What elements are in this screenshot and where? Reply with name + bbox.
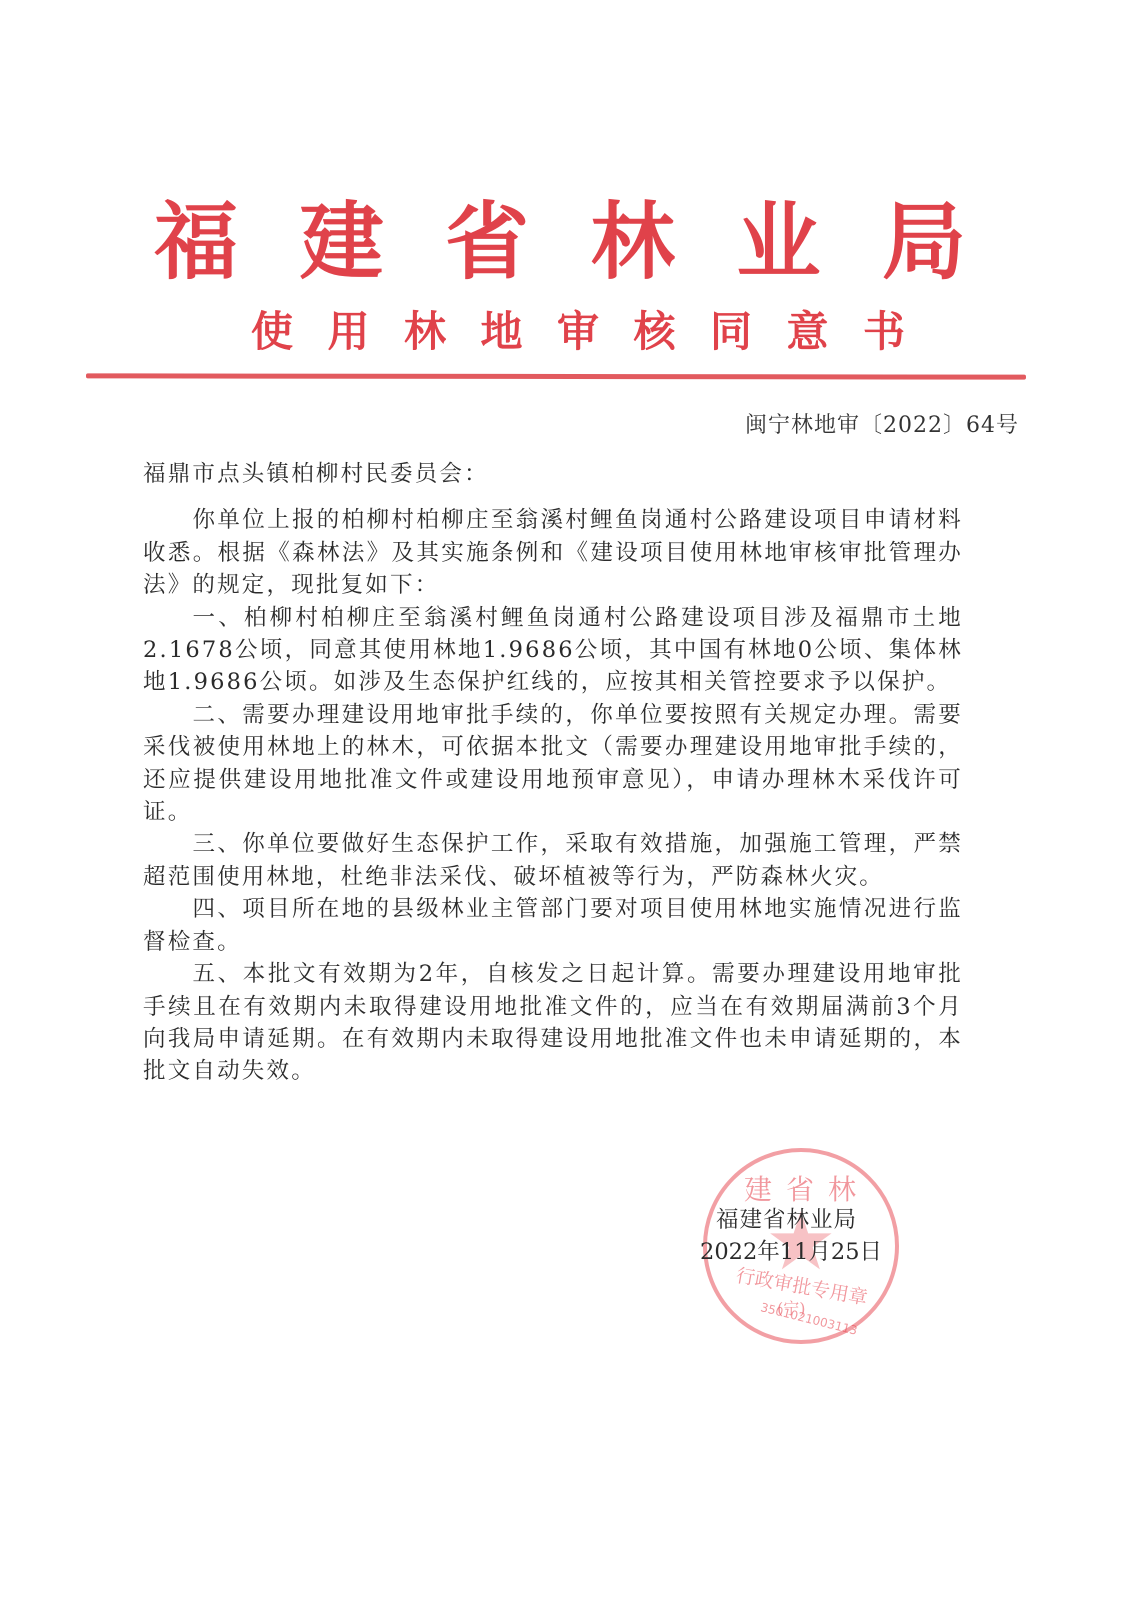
body-paragraph-3: 三、你单位要做好生态保护工作，采取有效措施，加强施工管理，严禁超范围使用林地，杜… bbox=[143, 828, 963, 893]
org-title-char: 业 bbox=[732, 192, 824, 292]
body-paragraph-intro: 你单位上报的柏柳村柏柳庄至翁溪村鲤鱼岗通村公路建设项目申请材料收悉。根据《森林法… bbox=[143, 504, 963, 601]
document-number: 闽宁林地审〔2022〕64号 bbox=[745, 410, 1019, 442]
doc-type-char: 书 bbox=[860, 306, 908, 358]
doc-type-char: 用 bbox=[325, 306, 373, 358]
document-page: 福 建 省 林 业 局 使 用 林 地 审 核 同 意 书 闽宁林地审〔2022… bbox=[0, 0, 1131, 1600]
doc-type-char: 地 bbox=[478, 306, 526, 358]
red-divider-line bbox=[86, 373, 1026, 379]
body-paragraph-2: 二、需要办理建设用地审批手续的，你单位要按照有关规定办理。需要采伐被使用林地上的… bbox=[143, 699, 963, 829]
doc-type-char: 核 bbox=[631, 306, 679, 358]
org-title-char: 林 bbox=[587, 192, 679, 292]
signature-date: 2022年11月25日 bbox=[700, 1236, 920, 1268]
signature-block: 福建省林业局 2022年11月25日 bbox=[700, 1204, 920, 1268]
doc-type-char: 同 bbox=[707, 306, 755, 358]
doc-type-char: 林 bbox=[401, 306, 449, 358]
body-paragraph-4: 四、项目所在地的县级林业主管部门要对项目使用林地实施情况进行监督检查。 bbox=[143, 893, 963, 958]
signature-org: 福建省林业局 bbox=[700, 1204, 920, 1236]
org-title-char: 福 bbox=[150, 192, 242, 292]
document-body: 福鼎市点头镇柏柳村民委员会： 你单位上报的柏柳村柏柳庄至翁溪村鲤鱼岗通村公路建设… bbox=[143, 458, 963, 1088]
doc-type-char: 审 bbox=[554, 306, 602, 358]
org-title-char: 局 bbox=[878, 192, 970, 292]
document-type-title: 使 用 林 地 审 核 同 意 书 bbox=[248, 306, 908, 358]
addressee: 福鼎市点头镇柏柳村民委员会： bbox=[143, 458, 963, 490]
body-paragraph-5: 五、本批文有效期为2年，自核发之日起计算。需要办理建设用地审批手续且在有效期内未… bbox=[143, 958, 963, 1088]
org-title-char: 建 bbox=[296, 192, 388, 292]
body-paragraph-1: 一、柏柳村柏柳庄至翁溪村鲤鱼岗通村公路建设项目涉及福鼎市土地2.1678公顷，同… bbox=[143, 602, 963, 699]
doc-type-char: 使 bbox=[248, 306, 296, 358]
org-title-char: 省 bbox=[441, 192, 533, 292]
doc-type-char: 意 bbox=[784, 306, 832, 358]
org-title: 福 建 省 林 业 局 bbox=[150, 192, 970, 292]
